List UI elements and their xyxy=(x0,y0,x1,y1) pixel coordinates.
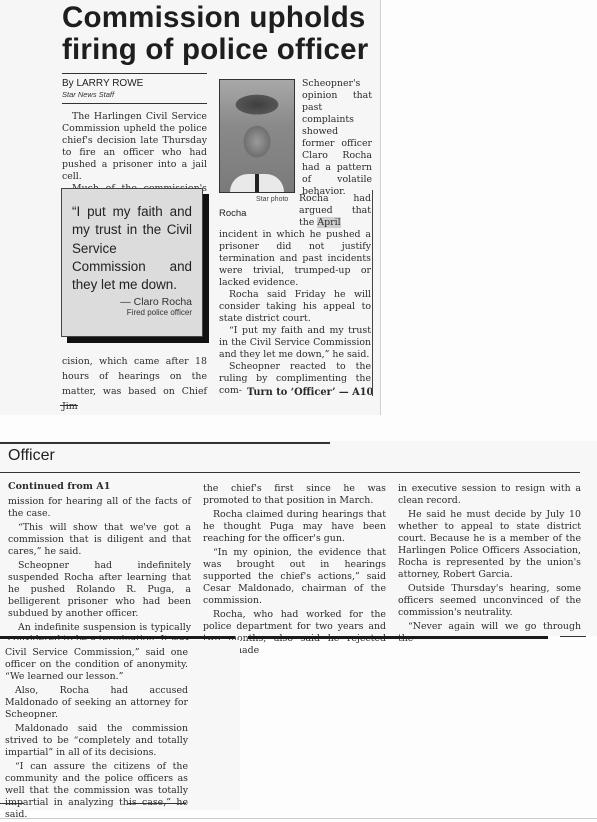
cut-edge-rule xyxy=(0,636,235,639)
headline: Commission upholds firing of police offi… xyxy=(62,2,382,66)
pull-quote-role: Fired police officer xyxy=(120,308,192,318)
headline-line-1: Commission upholds xyxy=(62,2,382,34)
column-end-rule xyxy=(128,803,186,804)
paragraph: Scheopner's opinion that past complaints… xyxy=(302,78,372,198)
paragraph: “This will show that we've got a commiss… xyxy=(8,522,191,558)
byline: By LARRY ROWE xyxy=(62,78,143,89)
article-column-1-bottom: cision, which came after 18 hours of hea… xyxy=(62,354,207,414)
paragraph: “I put my faith and my trust in the Civi… xyxy=(219,325,371,361)
continuation-tail-column: Civil Service Commission,” said one offi… xyxy=(5,647,188,821)
highlighted-word: April xyxy=(317,217,340,228)
page-bottom-edge xyxy=(0,818,597,819)
byline-top-rule xyxy=(62,73,207,74)
paragraph: “I can assure the citizens of the commun… xyxy=(5,761,188,821)
paragraph: The Harlingen Civil Service Commission u… xyxy=(62,111,207,183)
byline-bottom-rule xyxy=(62,103,207,104)
continued-from: Continued from A1 xyxy=(8,481,110,492)
continuation-column-3: in executive session to resign with a cl… xyxy=(398,483,581,645)
section-title: Officer xyxy=(8,447,55,465)
pull-quote-name: — Claro Rocha xyxy=(120,296,192,308)
paragraph: incident in which he pushed a prisoner d… xyxy=(219,229,371,289)
continuation-column-1: mission for hearing all of the facts of … xyxy=(8,496,191,646)
continuation-column-2: the chief's first since he was promoted … xyxy=(203,483,386,657)
pull-quote-box: “I put my faith and my trust in the Civi… xyxy=(61,188,203,337)
column-divider xyxy=(372,190,373,396)
paragraph: cision, which came after 18 hours of hea… xyxy=(62,354,207,414)
paragraph: Also, Rocha had accused Maldonado of see… xyxy=(5,685,188,721)
article-column-2: Rocha had argued that the April incident… xyxy=(219,193,371,397)
cut-edge-rule xyxy=(248,636,548,639)
paragraph: in executive session to resign with a cl… xyxy=(398,483,581,507)
paragraph: Maldonado said the commission strived to… xyxy=(5,723,188,759)
pull-quote-text: “I put my faith and my trust in the Civi… xyxy=(72,203,192,294)
cut-edge-rule xyxy=(560,636,586,637)
section-top-rule xyxy=(0,442,330,444)
paragraph: the chief's first since he was promoted … xyxy=(203,483,386,507)
column-end-rule xyxy=(0,803,24,804)
paragraph: Civil Service Commission,” said one offi… xyxy=(5,647,188,683)
column-end-rule xyxy=(60,405,78,406)
paragraph: Rocha claimed during hearings that he th… xyxy=(203,509,386,545)
paragraph: Rocha had argued that the April xyxy=(219,193,371,229)
article-column-2-narrow: Scheopner's opinion that past complaints… xyxy=(302,78,372,198)
paragraph: Rocha said Friday he will consider takin… xyxy=(219,289,371,325)
portrait-photo xyxy=(219,79,295,193)
pull-quote-attribution: — Claro Rocha Fired police officer xyxy=(120,296,192,318)
paragraph: mission for hearing all of the facts of … xyxy=(8,496,191,520)
section-title-rule xyxy=(0,472,580,473)
staff-line: Star News Staff xyxy=(62,90,114,99)
paragraph: “Never again will we go through the xyxy=(398,621,581,645)
paragraph: Outside Thursday's hearing, some officer… xyxy=(398,583,581,619)
jump-line: Turn to ‘Officer’ — A10 xyxy=(247,387,373,398)
headline-line-2: firing of police officer xyxy=(62,34,382,66)
paragraph: He said he must decide by July 10 whethe… xyxy=(398,509,581,581)
photo-tie-shape xyxy=(255,174,259,192)
paragraph: “In my opinion, the evidence that was br… xyxy=(203,547,386,607)
paragraph: Scheopner had indefinitely suspended Roc… xyxy=(8,560,191,620)
